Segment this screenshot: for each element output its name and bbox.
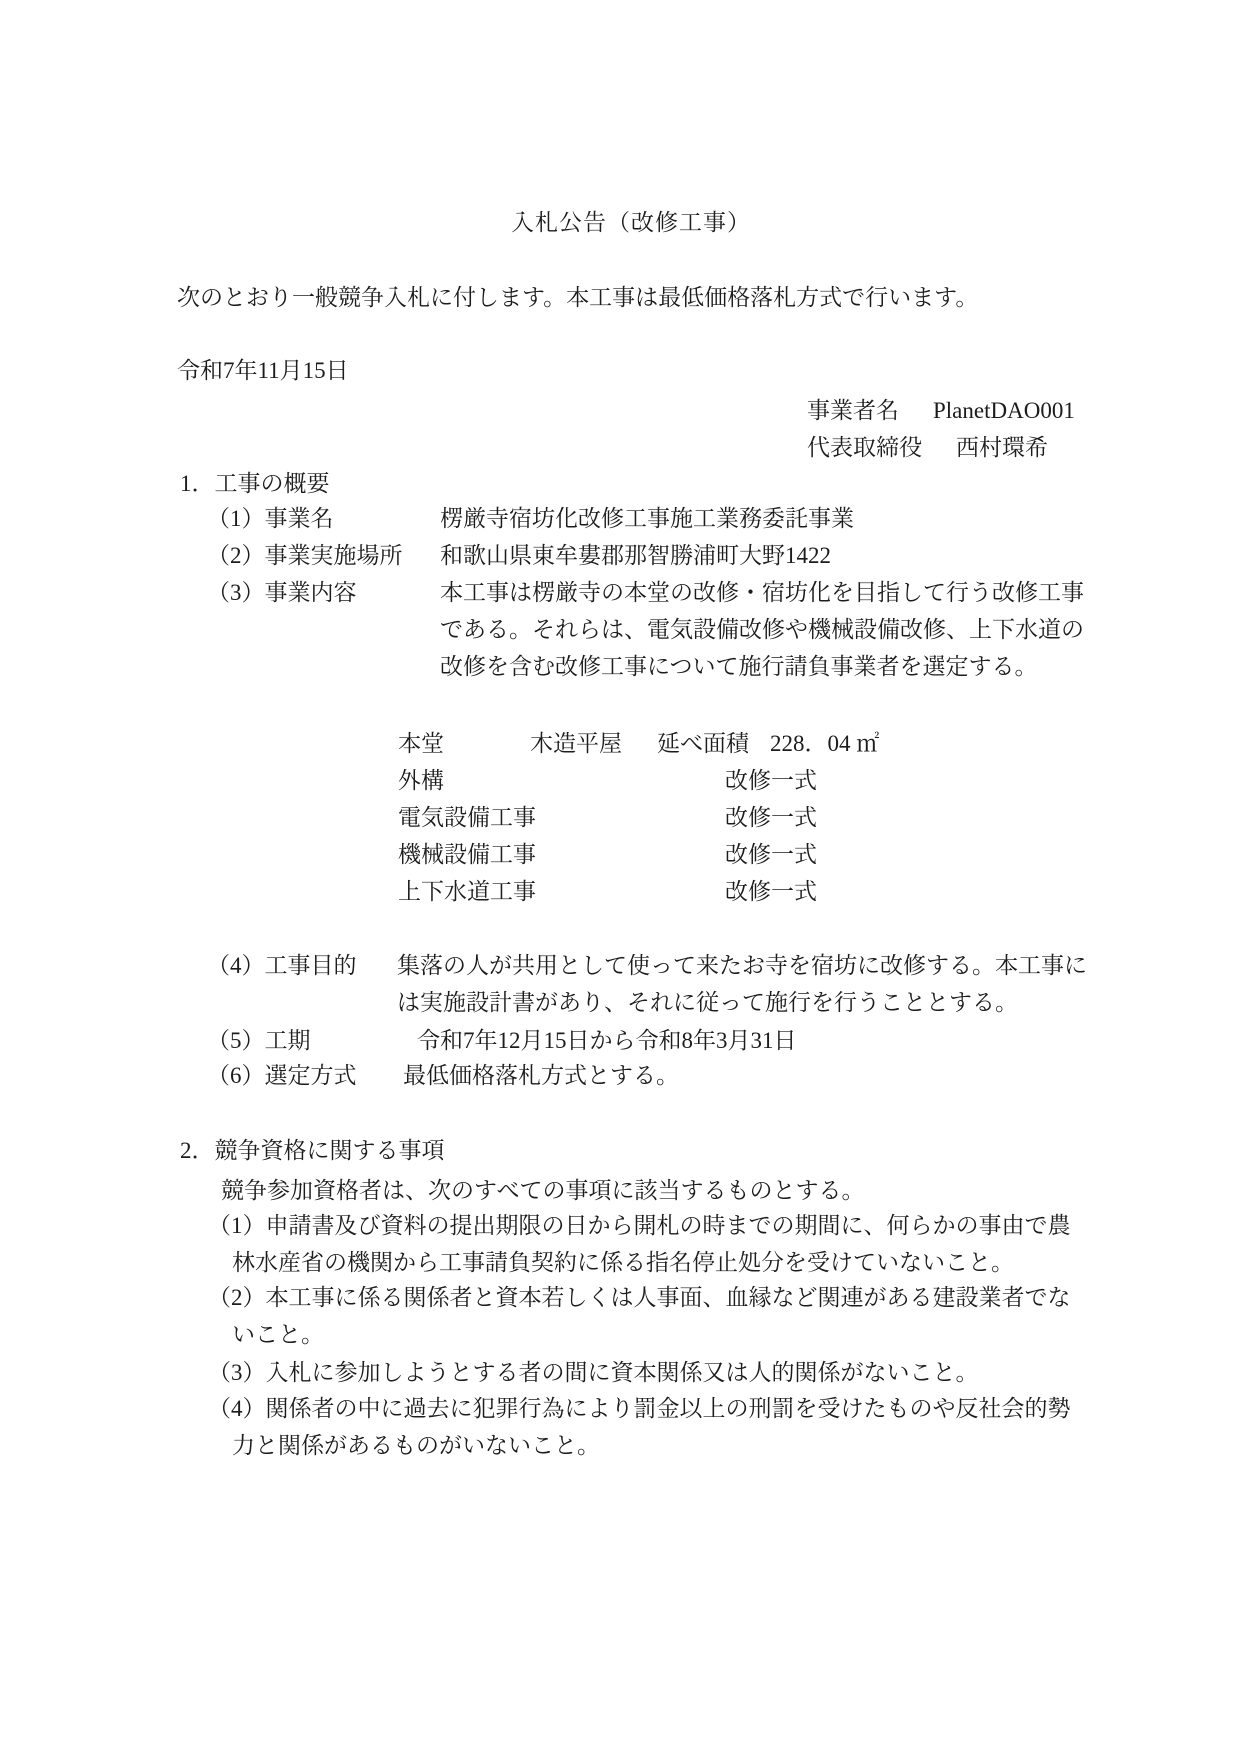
item-value: 和歌山県東牟婁郡那智勝浦町大野1422	[440, 537, 831, 574]
building-name: 本堂	[398, 725, 444, 762]
work-name: 機械設備工事	[398, 836, 536, 873]
item-label: 事業実施場所	[265, 543, 403, 568]
item-number: （1）	[207, 506, 265, 531]
item-number: （2）	[208, 1285, 266, 1310]
requirement-item-3: （3）入札に参加しようとする者の間に資本関係又は人的関係がないこと。	[0, 1354, 1092, 1391]
requirement-text: 申請書及び資料の提出期限の日から開札の時までの期間に、何らかの事由で農林水産省の…	[232, 1213, 1071, 1275]
item-number-label: （5）工期	[207, 1022, 311, 1059]
intro-text: 次のとおり一般競争入札に付します。本工事は最低価格落札方式で行います。	[177, 279, 978, 316]
item-label: 事業名	[265, 506, 334, 531]
page-title: 入札公告（改修工事）	[177, 204, 1085, 241]
item-value: 集落の人が共用として使って来たお寺を宿坊に改修する。本工事には実施設計書があり、…	[397, 947, 1092, 1021]
item-number: （3）	[208, 1360, 266, 1385]
item-label: 工期	[265, 1028, 311, 1053]
issuer-line: 事業者名PlanetDAO001	[807, 392, 1075, 429]
requirement-item-2: （2）本工事に係る関係者と資本若しくは人事面、血縁など関連がある建設業者でないこ…	[0, 1279, 1092, 1353]
work-name: 上下水道工事	[398, 873, 536, 910]
item-label: 事業内容	[265, 580, 357, 605]
item-number: （6）	[207, 1063, 265, 1088]
requirement-text: 本工事に係る関係者と資本若しくは人事面、血縁など関連がある建設業者でないこと。	[232, 1285, 1071, 1347]
section1-item-1: （1）事業名 楞厳寺宿坊化改修工事施工業務委託事業	[0, 500, 1241, 537]
item-number-label: （6）選定方式	[207, 1057, 357, 1094]
building-structure: 木造平屋	[530, 725, 622, 762]
table-row: 電気設備工事 改修一式	[0, 799, 1241, 836]
document-page: 入札公告（改修工事） 次のとおり一般競争入札に付します。本工事は最低価格落札方式…	[0, 0, 1241, 1755]
item-number-label: （2）事業実施場所	[207, 537, 403, 574]
work-name: 電気設備工事	[398, 799, 536, 836]
representative-role: 代表取締役	[807, 435, 922, 460]
item-number-label: （4）工事目的	[207, 947, 357, 984]
representative-name: 西村環希	[956, 435, 1048, 460]
representative-line: 代表取締役西村環希	[807, 429, 1075, 466]
item-number: （1）	[208, 1213, 266, 1238]
section1-item-2: （2）事業実施場所 和歌山県東牟婁郡那智勝浦町大野1422	[0, 537, 1241, 574]
table-row: 外構 改修一式	[0, 762, 1241, 799]
item-number-label: （1）事業名	[207, 500, 334, 537]
item-value: 本工事は楞厳寺の本堂の改修・宿坊化を目指して行う改修工事である。それらは、電気設…	[440, 574, 1095, 685]
work-spec: 改修一式	[725, 799, 817, 836]
date-text: 令和7年11月15日	[177, 352, 349, 389]
item-value: 令和7年12月15日から令和8年3月31日	[417, 1022, 797, 1059]
issuer-company-name: PlanetDAO001	[933, 398, 1075, 423]
item-value: 最低価格落札方式とする。	[403, 1057, 679, 1094]
work-spec: 改修一式	[725, 873, 817, 910]
requirement-text: 入札に参加しようとする者の間に資本関係又は人的関係がないこと。	[266, 1360, 979, 1385]
item-number: （2）	[207, 543, 265, 568]
issuer-label: 事業者名	[807, 398, 899, 423]
item-number: （4）	[207, 953, 265, 978]
requirement-item-1: （1）申請書及び資料の提出期限の日から開札の時までの期間に、何らかの事由で農林水…	[0, 1207, 1092, 1281]
table-row: 機械設備工事 改修一式	[0, 836, 1241, 873]
item-number: （5）	[207, 1028, 265, 1053]
section1-heading: 1．工事の概要	[180, 465, 330, 502]
work-name: 外構	[398, 762, 444, 799]
work-spec: 改修一式	[725, 762, 817, 799]
work-spec: 改修一式	[725, 836, 817, 873]
section1-item-6: （6）選定方式 最低価格落札方式とする。	[0, 1057, 1241, 1094]
area-value: 228．04 ㎡	[770, 725, 879, 762]
building-table: 本堂 木造平屋 延べ面積 228．04 ㎡ 外構 改修一式 電気設備工事 改修一…	[0, 725, 1241, 910]
area-label: 延べ面積	[657, 725, 749, 762]
section1-item-5: （5）工期 令和7年12月15日から令和8年3月31日	[0, 1022, 1241, 1059]
requirement-text: 関係者の中に過去に犯罪行為により罰金以上の刑罰を受けたものや反社会的勢力と関係が…	[232, 1396, 1071, 1458]
issuer-block: 事業者名PlanetDAO001 代表取締役西村環希	[807, 392, 1075, 466]
requirement-item-4: （4）関係者の中に過去に犯罪行為により罰金以上の刑罰を受けたものや反社会的勢力と…	[0, 1390, 1092, 1464]
item-value: 楞厳寺宿坊化改修工事施工業務委託事業	[440, 500, 854, 537]
section2-lead: 競争参加資格者は、次のすべての事項に該当するものとする。	[221, 1172, 865, 1209]
item-number-label: （3）事業内容	[207, 574, 357, 611]
item-number: （3）	[207, 580, 265, 605]
table-row: 上下水道工事 改修一式	[0, 873, 1241, 910]
item-number: （4）	[208, 1396, 266, 1421]
item-label: 選定方式	[265, 1063, 357, 1088]
item-label: 工事目的	[265, 953, 357, 978]
section2-heading: 2．競争資格に関する事項	[180, 1132, 445, 1169]
table-row: 本堂 木造平屋 延べ面積 228．04 ㎡	[0, 725, 1241, 762]
